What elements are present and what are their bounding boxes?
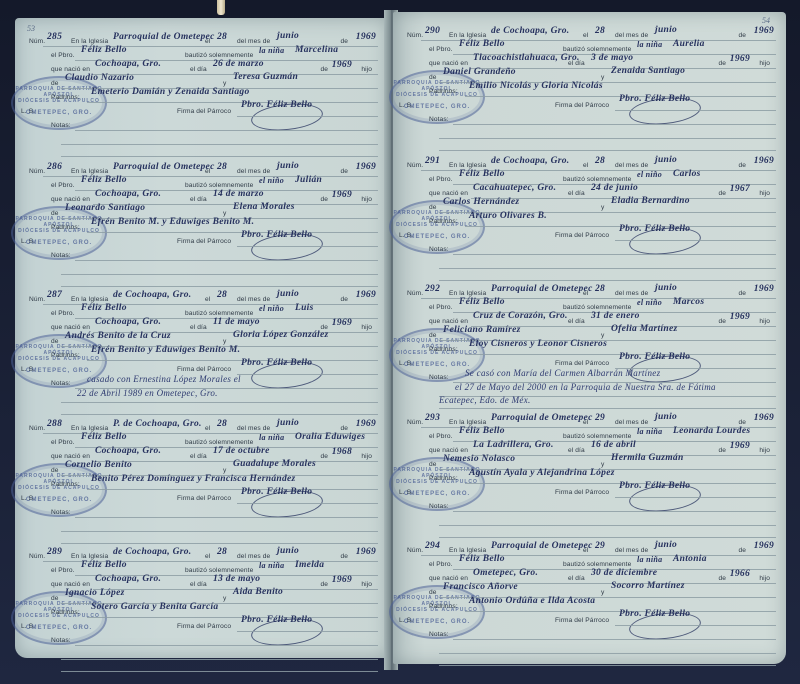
label-num: Núm. [29, 425, 45, 432]
label-and: y [601, 74, 604, 81]
child-prefix: el niño [259, 176, 284, 185]
church-name: de Cochoapa, Gro. [113, 290, 191, 300]
child-prefix: la niña [259, 561, 284, 570]
church-name: P. de Cochoapa, Gro. [113, 419, 202, 429]
label-child-of: hijo [361, 324, 372, 331]
label-and: y [601, 461, 604, 468]
label-godparents: Padrinos: [429, 346, 458, 353]
label-baptized: bautizó solemnemente [563, 176, 631, 183]
child-prefix: el niño [637, 298, 662, 307]
label-day: el día [190, 453, 207, 460]
baptism-month: junio [277, 418, 299, 428]
label-baptized: bautizó solemnemente [563, 46, 631, 53]
label-month: del mes de [615, 32, 648, 39]
birth-year: 1968 [332, 447, 352, 457]
birthplace: Cruz de Corazón, Gro. [473, 311, 568, 321]
birth-year: 1969 [332, 318, 352, 328]
label-of: de [429, 74, 437, 81]
label-de: de [738, 290, 746, 297]
label-el: el [583, 32, 588, 39]
label-notes: Notas: [429, 631, 449, 638]
note-line: el 27 de Mayo del 2000 en la Parroquia d… [455, 382, 716, 392]
baptism-year: 1969 [356, 32, 376, 42]
birth-year: 1967 [730, 184, 750, 194]
label-of: de [429, 461, 437, 468]
label-de: de [320, 66, 328, 73]
label-month: del mes de [237, 38, 270, 45]
baptism-entry: PARROQUIA DE SANTIAGO APÓSTOL DIÓCESIS D… [393, 537, 786, 665]
label-notes: Notas: [51, 252, 71, 259]
label-day: el día [190, 324, 207, 331]
baptism-entry: PARROQUIA DE SANTIAGO APÓSTOL DIÓCESIS D… [15, 543, 388, 671]
birth-date: 11 de mayo [213, 317, 260, 327]
baptism-month: junio [277, 289, 299, 299]
priest-name: Féliz Bello [459, 426, 505, 436]
godparents: Agustín Ayala y Alejandrina López [469, 468, 615, 478]
label-and: y [223, 338, 226, 345]
godparents: Eloy Cisneros y Leonor Cisneros [469, 339, 607, 349]
birth-date: 17 de octubre [213, 446, 270, 456]
baptism-month: junio [277, 546, 299, 556]
label-church: En la Iglesia [449, 290, 486, 297]
priest-name: Féliz Bello [81, 175, 127, 185]
label-de: de [320, 581, 328, 588]
label-notes: Notas: [429, 503, 449, 510]
label-church: En la Iglesia [449, 547, 486, 554]
label-and: y [223, 595, 226, 602]
label-baptized: bautizó solemnemente [185, 567, 253, 574]
label-el: el [205, 425, 210, 432]
label-church: En la Iglesia [71, 296, 108, 303]
label-num: Núm. [29, 168, 45, 175]
label-de: de [738, 419, 746, 426]
baptism-day: 28 [217, 162, 227, 172]
label-signature: Firma del Párroco [555, 102, 609, 109]
church-name: Parroquial de Ometepec [113, 162, 215, 172]
label-de: de [718, 575, 726, 582]
label-of: de [51, 467, 59, 474]
label-godparents: Padrinos: [51, 94, 80, 101]
birth-date: 26 de marzo [213, 59, 264, 69]
label-day: el día [190, 66, 207, 73]
label-num: Núm. [29, 38, 45, 45]
label-signature: Firma del Párroco [177, 623, 231, 630]
baptism-year: 1969 [356, 419, 376, 429]
child-name: Julián [295, 175, 322, 185]
godparents: Antonio Ordúña e Ilda Acosta [469, 596, 595, 606]
baptism-entry: PARROQUIA DE SANTIAGO APÓSTOL DIÓCESIS D… [15, 158, 388, 286]
label-month: del mes de [237, 425, 270, 432]
baptism-month: junio [277, 161, 299, 171]
label-notes: Notas: [51, 509, 71, 516]
label-de: de [718, 190, 726, 197]
label-priest: el Pbro. [51, 439, 75, 446]
label-baptized: bautizó solemnemente [185, 182, 253, 189]
label-born-in: que nació en [51, 324, 90, 331]
father-name: Cornelio Benito [65, 460, 132, 470]
label-de: de [340, 425, 348, 432]
label-godparents: Padrinos: [429, 88, 458, 95]
child-prefix: la niña [259, 46, 284, 55]
label-month: del mes de [237, 553, 270, 560]
baptism-month: junio [655, 412, 677, 422]
label-de: de [738, 547, 746, 554]
baptism-entry: PARROQUIA DE SANTIAGO APÓSTOL DIÓCESIS D… [393, 280, 786, 408]
label-de: de [320, 196, 328, 203]
father-name: Carlos Hernández [443, 197, 519, 207]
entry-number: 294 [425, 541, 440, 551]
child-name: Luis [295, 303, 314, 313]
label-de: de [738, 32, 746, 39]
label-of: de [51, 80, 59, 87]
church-name: Parroquial de Ometepec [491, 413, 593, 423]
godparents: Emeterio Damián y Zenaida Santiago [91, 87, 250, 97]
label-el: el [583, 547, 588, 554]
label-signature: Firma del Párroco [555, 360, 609, 367]
label-signature: Firma del Párroco [555, 232, 609, 239]
father-name: Claudio Nazario [65, 73, 134, 83]
label-born-in: que nació en [51, 196, 90, 203]
baptism-entry: PARROQUIA DE SANTIAGO APÓSTOL DIÓCESIS D… [15, 28, 388, 156]
label-de: de [340, 553, 348, 560]
child-prefix: el niño [259, 304, 284, 313]
label-ls: L. S. [21, 366, 35, 373]
entry-number: 292 [425, 284, 440, 294]
child-name: Marcelina [295, 45, 338, 55]
father-name: Daniel Grandeño [443, 67, 516, 77]
baptism-day: 28 [595, 284, 605, 294]
baptism-day: 29 [595, 541, 605, 551]
label-born-in: que nació en [429, 190, 468, 197]
label-baptized: bautizó solemnemente [563, 561, 631, 568]
label-de: de [340, 296, 348, 303]
label-priest: el Pbro. [51, 567, 75, 574]
church-name: Parroquial de Ometepec [491, 284, 593, 294]
note-line: 22 de Abril 1989 en Ometepec, Gro. [77, 388, 218, 398]
label-child-of: hijo [759, 575, 770, 582]
label-baptized: bautizó solemnemente [185, 310, 253, 317]
birth-date: 3 de mayo [591, 53, 633, 63]
birth-date: 14 de marzo [213, 189, 264, 199]
birthplace: Cochoapa, Gro. [95, 446, 161, 456]
label-num: Núm. [29, 296, 45, 303]
page-left: 53 PARROQUIA DE SANTIAGO APÓSTOL DIÓCESI… [15, 18, 388, 658]
label-godparents: Padrinos: [429, 475, 458, 482]
birthplace: Cochoapa, Gro. [95, 317, 161, 327]
label-priest: el Pbro. [429, 46, 453, 53]
label-ls: L. S. [21, 238, 35, 245]
entry-number: 291 [425, 156, 440, 166]
label-de: de [718, 318, 726, 325]
father-name: Ignacio López [65, 588, 125, 598]
label-born-in: que nació en [51, 66, 90, 73]
birthplace: Cochoapa, Gro. [95, 574, 161, 584]
church-name: Parroquial de Ometepec [491, 541, 593, 551]
label-child-of: hijo [759, 190, 770, 197]
birth-date: 30 de diciembre [591, 568, 657, 578]
baptism-day: 28 [217, 419, 227, 429]
baptism-year: 1969 [754, 284, 774, 294]
church-name: de Cochoapa, Gro. [491, 26, 569, 36]
birth-date: 24 de junio [591, 183, 638, 193]
baptism-month: junio [655, 155, 677, 165]
label-of: de [51, 338, 59, 345]
entry-number: 286 [47, 162, 62, 172]
mother-name: Teresa Guzmán [233, 72, 298, 82]
birth-date: 13 de mayo [213, 574, 260, 584]
label-num: Núm. [407, 162, 423, 169]
birth-year: 1969 [332, 190, 352, 200]
child-name: Antonia [673, 554, 707, 564]
child-prefix: la niña [637, 427, 662, 436]
label-de: de [718, 447, 726, 454]
birthplace: Cochoapa, Gro. [95, 59, 161, 69]
child-name: Aurelia [673, 39, 705, 49]
entry-number: 285 [47, 32, 62, 42]
label-day: el día [190, 196, 207, 203]
label-num: Núm. [407, 419, 423, 426]
label-church: En la Iglesia [71, 168, 108, 175]
label-child-of: hijo [759, 318, 770, 325]
label-month: del mes de [615, 162, 648, 169]
label-and: y [223, 80, 226, 87]
child-name: Leonarda Lourdes [673, 426, 750, 436]
label-born-in: que nació en [429, 447, 468, 454]
label-month: del mes de [615, 419, 648, 426]
label-child-of: hijo [361, 196, 372, 203]
mother-name: Gloria López González [233, 330, 329, 340]
label-priest: el Pbro. [429, 176, 453, 183]
priest-name: Féliz Bello [459, 39, 505, 49]
label-and: y [223, 210, 226, 217]
birthplace: Ometepec, Gro. [473, 568, 538, 578]
label-de: de [340, 168, 348, 175]
note-line: casado con Ernestina López Morales el [87, 374, 241, 384]
label-ls: L. S. [399, 102, 413, 109]
label-of: de [51, 595, 59, 602]
note-line: Ecatepec, Edo. de Méx. [439, 395, 531, 405]
baptism-entry: PARROQUIA DE SANTIAGO APÓSTOL DIÓCESIS D… [15, 286, 388, 414]
baptism-month: junio [655, 540, 677, 550]
child-name: Carlos [673, 169, 701, 179]
label-church: En la Iglesia [71, 38, 108, 45]
label-signature: Firma del Párroco [177, 108, 231, 115]
label-church: En la Iglesia [449, 162, 486, 169]
godparents: Efrén Benito y Eduwiges Benito M. [91, 345, 240, 355]
label-notes: Notas: [429, 374, 449, 381]
baptism-day: 28 [595, 26, 605, 36]
godparents: Arturo Olivares B. [469, 211, 547, 221]
priest-name: Féliz Bello [81, 303, 127, 313]
father-name: Leonardo Santiago [65, 203, 145, 213]
birth-year: 1966 [730, 569, 750, 579]
label-born-in: que nació en [429, 575, 468, 582]
godparents: Emilio Nicolás y Gloria Nicolás [469, 81, 603, 91]
mother-name: Zenaida Santiago [611, 66, 685, 76]
register-book-background: 53 PARROQUIA DE SANTIAGO APÓSTOL DIÓCESI… [0, 0, 800, 684]
birth-date: 16 de abril [591, 440, 636, 450]
entry-number: 290 [425, 26, 440, 36]
label-priest: el Pbro. [51, 182, 75, 189]
entry-number: 288 [47, 419, 62, 429]
child-name: Oralia Eduwiges [295, 432, 365, 442]
birth-year: 1969 [730, 312, 750, 322]
label-priest: el Pbro. [51, 310, 75, 317]
baptism-year: 1969 [356, 162, 376, 172]
label-ls: L. S. [399, 232, 413, 239]
label-num: Núm. [407, 32, 423, 39]
label-priest: el Pbro. [429, 561, 453, 568]
label-day: el día [568, 447, 585, 454]
label-day: el día [568, 190, 585, 197]
mother-name: Guadalupe Morales [233, 459, 316, 469]
church-name: Parroquial de Ometepec [113, 32, 215, 42]
priest-name: Féliz Bello [81, 432, 127, 442]
label-born-in: que nació en [429, 60, 468, 67]
baptism-day: 28 [217, 32, 227, 42]
priest-name: Féliz Bello [459, 169, 505, 179]
label-signature: Firma del Párroco [177, 495, 231, 502]
label-ls: L. S. [399, 360, 413, 367]
label-priest: el Pbro. [429, 433, 453, 440]
label-day: el día [568, 575, 585, 582]
label-signature: Firma del Párroco [177, 366, 231, 373]
label-church: En la Iglesia [449, 419, 486, 426]
mother-name: Aida Benito [233, 587, 283, 597]
child-name: Imelda [295, 560, 324, 570]
label-of: de [429, 204, 437, 211]
label-priest: el Pbro. [51, 52, 75, 59]
label-day: el día [190, 581, 207, 588]
label-ls: L. S. [21, 623, 35, 630]
label-de: de [320, 453, 328, 460]
label-child-of: hijo [361, 453, 372, 460]
mother-name: Hermila Guzmán [611, 453, 684, 463]
child-prefix: la niña [637, 555, 662, 564]
mother-name: Eladia Bernardino [611, 196, 690, 206]
birthplace: Cochoapa, Gro. [95, 189, 161, 199]
church-name: de Cochoapa, Gro. [113, 547, 191, 557]
label-notes: Notas: [51, 637, 71, 644]
child-name: Marcos [673, 297, 704, 307]
baptism-month: junio [655, 25, 677, 35]
label-born-in: que nació en [51, 453, 90, 460]
label-ls: L. S. [21, 495, 35, 502]
entry-number: 289 [47, 547, 62, 557]
label-baptized: bautizó solemnemente [185, 439, 253, 446]
label-priest: el Pbro. [429, 304, 453, 311]
label-num: Núm. [29, 553, 45, 560]
birth-year: 1969 [332, 575, 352, 585]
mother-name: Elena Morales [233, 202, 295, 212]
label-child-of: hijo [361, 66, 372, 73]
label-church: En la Iglesia [449, 32, 486, 39]
label-of: de [429, 332, 437, 339]
birthplace: Tlacoachistlahuaca, Gro. [473, 53, 580, 63]
godparents: Efrén Benito M. y Eduwiges Benito M. [91, 217, 254, 227]
godparents: Benito Pérez Domínguez y Francisca Herná… [91, 474, 296, 484]
note-line: Se casó con María del Carmen Albarrán Ma… [465, 368, 660, 378]
label-month: del mes de [237, 168, 270, 175]
label-el: el [205, 168, 210, 175]
birthplace: Cacahuatepec, Gro. [473, 183, 556, 193]
label-signature: Firma del Párroco [555, 617, 609, 624]
entry-number: 293 [425, 413, 440, 423]
label-godparents: Padrinos: [429, 218, 458, 225]
baptism-year: 1969 [356, 547, 376, 557]
label-born-in: que nació en [51, 581, 90, 588]
label-baptized: bautizó solemnemente [563, 433, 631, 440]
baptism-year: 1969 [754, 156, 774, 166]
label-de: de [738, 162, 746, 169]
priest-name: Féliz Bello [81, 560, 127, 570]
birth-year: 1969 [730, 54, 750, 64]
label-church: En la Iglesia [71, 553, 108, 560]
mother-name: Ofelia Martínez [611, 324, 678, 334]
label-baptized: bautizó solemnemente [185, 52, 253, 59]
entry-number: 287 [47, 290, 62, 300]
label-de: de [340, 38, 348, 45]
label-month: del mes de [237, 296, 270, 303]
child-prefix: la niña [637, 40, 662, 49]
father-name: Andrés Benito de la Cruz [65, 331, 171, 341]
label-child-of: hijo [361, 581, 372, 588]
label-child-of: hijo [759, 60, 770, 67]
label-el: el [205, 38, 210, 45]
father-name: Feliciano Ramírez [443, 325, 521, 335]
label-notes: Notas: [429, 246, 449, 253]
label-notes: Notas: [51, 380, 71, 387]
priest-name: Féliz Bello [459, 297, 505, 307]
label-born-in: que nació en [429, 318, 468, 325]
birth-year: 1969 [730, 441, 750, 451]
label-godparents: Padrinos: [51, 224, 80, 231]
label-of: de [429, 589, 437, 596]
baptism-day: 28 [595, 156, 605, 166]
label-month: del mes de [615, 547, 648, 554]
label-of: de [51, 210, 59, 217]
label-el: el [205, 296, 210, 303]
baptism-month: junio [655, 283, 677, 293]
label-godparents: Padrinos: [51, 609, 80, 616]
priest-name: Féliz Bello [459, 554, 505, 564]
baptism-entry: PARROQUIA DE SANTIAGO APÓSTOL DIÓCESIS D… [393, 152, 786, 280]
label-notes: Notas: [429, 116, 449, 123]
label-el: el [583, 162, 588, 169]
label-godparents: Padrinos: [51, 352, 80, 359]
label-day: el día [568, 318, 585, 325]
baptism-year: 1969 [356, 290, 376, 300]
birthplace: La Ladrillera, Gro. [473, 440, 554, 450]
baptism-entry: PARROQUIA DE SANTIAGO APÓSTOL DIÓCESIS D… [15, 415, 388, 543]
label-ls: L. S. [399, 489, 413, 496]
page-right: 54 PARROQUIA DE SANTIAGO APÓSTOL DIÓCESI… [393, 12, 786, 664]
birth-year: 1969 [332, 60, 352, 70]
label-child-of: hijo [759, 447, 770, 454]
baptism-year: 1969 [754, 413, 774, 423]
label-signature: Firma del Párroco [177, 238, 231, 245]
mother-name: Socorro Martínez [611, 581, 685, 591]
father-name: Francisco Añorve [443, 582, 518, 592]
baptism-entry: PARROQUIA DE SANTIAGO APÓSTOL DIÓCESIS D… [393, 22, 786, 150]
label-baptized: bautizó solemnemente [563, 304, 631, 311]
label-ls: L. S. [21, 108, 35, 115]
label-el: el [583, 419, 588, 426]
label-day: el día [568, 60, 585, 67]
child-prefix: el niño [637, 170, 662, 179]
label-el: el [583, 290, 588, 297]
label-and: y [601, 589, 604, 596]
